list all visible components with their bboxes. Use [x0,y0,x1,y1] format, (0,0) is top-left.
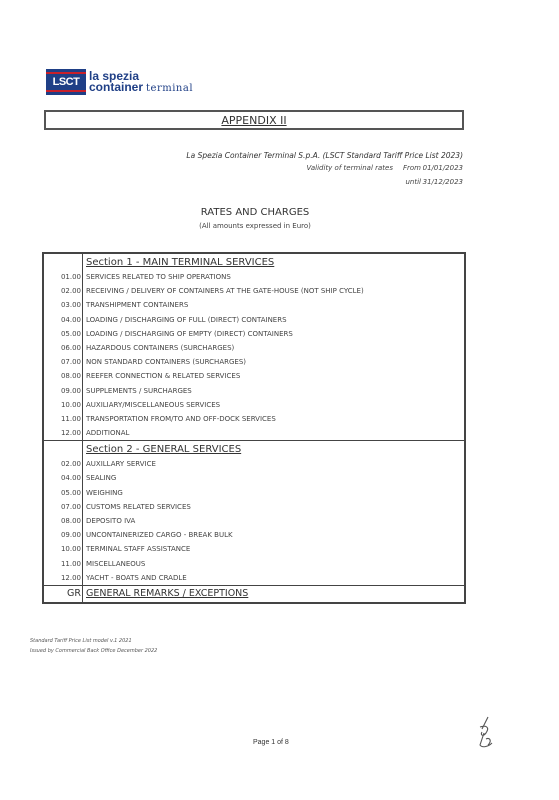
table-row: 09.00UNCONTAINERIZED CARGO - BREAK BULK [44,528,464,542]
company-logo: LSCT la spezia containerterminal [46,69,193,97]
table-row: 10.00TERMINAL STAFF ASSISTANCE [44,542,464,556]
table-row: 01.00SERVICES RELATED TO SHIP OPERATIONS [44,270,464,284]
footnote-line-2: Issued by Commercial Back Office Decembe… [30,646,157,656]
logo-line-2: containerterminal [89,82,193,94]
appendix-title: APPENDIX II [221,114,286,127]
table-row: 12.00ADDITIONAL [44,426,464,440]
section-title: Section 1 - MAIN TERMINAL SERVICES [44,254,464,270]
logo-wordmark: la spezia containerterminal [89,69,193,94]
item-label: CUSTOMS RELATED SERVICES [82,500,191,514]
item-code: 11.00 [44,557,82,571]
section-general-services: Section 2 - GENERAL SERVICES 02.00AUXILL… [44,440,464,602]
item-label: TRANSPORTATION FROM/TO AND OFF-DOCK SERV… [82,412,276,426]
item-label: LOADING / DISCHARGING OF EMPTY (DIRECT) … [82,327,293,341]
validity-from-row: Validity of terminal rates From 01/01/20… [186,161,463,175]
validity-label: Validity of terminal rates [307,161,393,175]
logo-line-3: terminal [146,83,193,94]
rates-subtitle: (All amounts expressed in Euro) [0,222,510,230]
gr-label: GENERAL REMARKS / EXCEPTIONS [82,586,248,602]
until-date: 31/12/2023 [421,175,463,189]
table-row: 11.00MISCELLANEOUS [44,557,464,571]
logo-badge: LSCT [46,69,86,95]
footnote: Standard Tariff Price List model v.1 202… [30,636,157,656]
general-remarks-row: GR GENERAL REMARKS / EXCEPTIONS [44,585,464,602]
item-label: UNCONTAINERIZED CARGO - BREAK BULK [82,528,233,542]
item-code: 12.00 [44,426,82,440]
item-label: SUPPLEMENTS / SURCHARGES [82,384,192,398]
gr-code: GR [44,586,82,602]
item-code: 10.00 [44,542,82,556]
item-label: MISCELLANEOUS [82,557,145,571]
item-code: 03.00 [44,298,82,312]
table-row: 07.00NON STANDARD CONTAINERS (SURCHARGES… [44,355,464,369]
table-row: 04.00LOADING / DISCHARGING OF FULL (DIRE… [44,313,464,327]
item-label: HAZARDOUS CONTAINERS (SURCHARGES) [82,341,234,355]
sections-table: Section 1 - MAIN TERMINAL SERVICES 01.00… [42,252,466,604]
item-code: 09.00 [44,528,82,542]
from-date: 01/01/2023 [421,161,463,175]
table-row: 02.00RECEIVING / DELIVERY OF CONTAINERS … [44,284,464,298]
table-row: 07.00CUSTOMS RELATED SERVICES [44,500,464,514]
table-row: 09.00SUPPLEMENTS / SURCHARGES [44,384,464,398]
item-label: YACHT - BOATS AND CRADLE [82,571,187,585]
item-label: TRANSHIPMENT CONTAINERS [82,298,188,312]
item-code: 06.00 [44,341,82,355]
item-label: AUXILIARY/MISCELLANEOUS SERVICES [82,398,220,412]
logo-line-2-text: container [89,80,143,94]
section-title: Section 2 - GENERAL SERVICES [44,441,464,457]
item-code: 11.00 [44,412,82,426]
table-row: 08.00REEFER CONNECTION & RELATED SERVICE… [44,369,464,383]
appendix-header: APPENDIX II [44,110,464,130]
item-label: LOADING / DISCHARGING OF FULL (DIRECT) C… [82,313,287,327]
item-label: SEALING [82,471,116,485]
item-label: ADDITIONAL [82,426,129,440]
item-label: AUXILLARY SERVICE [82,457,156,471]
table-row: 08.00DEPOSITO IVA [44,514,464,528]
table-row: 11.00TRANSPORTATION FROM/TO AND OFF-DOCK… [44,412,464,426]
section-title-text: Section 1 - MAIN TERMINAL SERVICES [86,257,274,268]
footnote-line-1: Standard Tariff Price List model v.1 202… [30,636,157,646]
table-row: 10.00AUXILIARY/MISCELLANEOUS SERVICES [44,398,464,412]
validity-until-row: until 31/12/2023 [186,175,463,189]
table-row: 12.00YACHT - BOATS AND CRADLE [44,571,464,585]
company-line: La Spezia Container Terminal S.p.A. (LSC… [186,150,463,161]
item-code: 01.00 [44,270,82,284]
table-row: 03.00TRANSHIPMENT CONTAINERS [44,298,464,312]
section-title-text: Section 2 - GENERAL SERVICES [86,444,241,455]
item-code: 08.00 [44,369,82,383]
rates-title: RATES AND CHARGES [0,207,510,218]
item-label: DEPOSITO IVA [82,514,135,528]
until-label: until [405,175,421,189]
item-code: 05.00 [44,327,82,341]
table-row: 02.00AUXILLARY SERVICE [44,457,464,471]
item-label: REEFER CONNECTION & RELATED SERVICES [82,369,240,383]
item-label: NON STANDARD CONTAINERS (SURCHARGES) [82,355,246,369]
item-code: 08.00 [44,514,82,528]
from-label: From [403,161,421,175]
item-label: TERMINAL STAFF ASSISTANCE [82,542,190,556]
table-row: 05.00LOADING / DISCHARGING OF EMPTY (DIR… [44,327,464,341]
item-code: 07.00 [44,500,82,514]
item-label: RECEIVING / DELIVERY OF CONTAINERS AT TH… [82,284,364,298]
item-code: 10.00 [44,398,82,412]
item-code: 12.00 [44,571,82,585]
signature-icon [474,715,498,751]
item-code: 05.00 [44,486,82,500]
logo-abbr: LSCT [53,76,80,88]
item-code: 09.00 [44,384,82,398]
table-row: 04.00SEALING [44,471,464,485]
item-label: SERVICES RELATED TO SHIP OPERATIONS [82,270,231,284]
item-code: 02.00 [44,284,82,298]
item-code: 04.00 [44,471,82,485]
item-code: 02.00 [44,457,82,471]
page-number: Page 1 of 8 [253,739,289,746]
item-code: 04.00 [44,313,82,327]
section-main-terminal-services: Section 1 - MAIN TERMINAL SERVICES 01.00… [44,254,464,440]
table-row: 05.00WEIGHING [44,486,464,500]
table-row: 06.00HAZARDOUS CONTAINERS (SURCHARGES) [44,341,464,355]
item-label: WEIGHING [82,486,123,500]
header-info: La Spezia Container Terminal S.p.A. (LSC… [186,150,463,189]
item-code: 07.00 [44,355,82,369]
